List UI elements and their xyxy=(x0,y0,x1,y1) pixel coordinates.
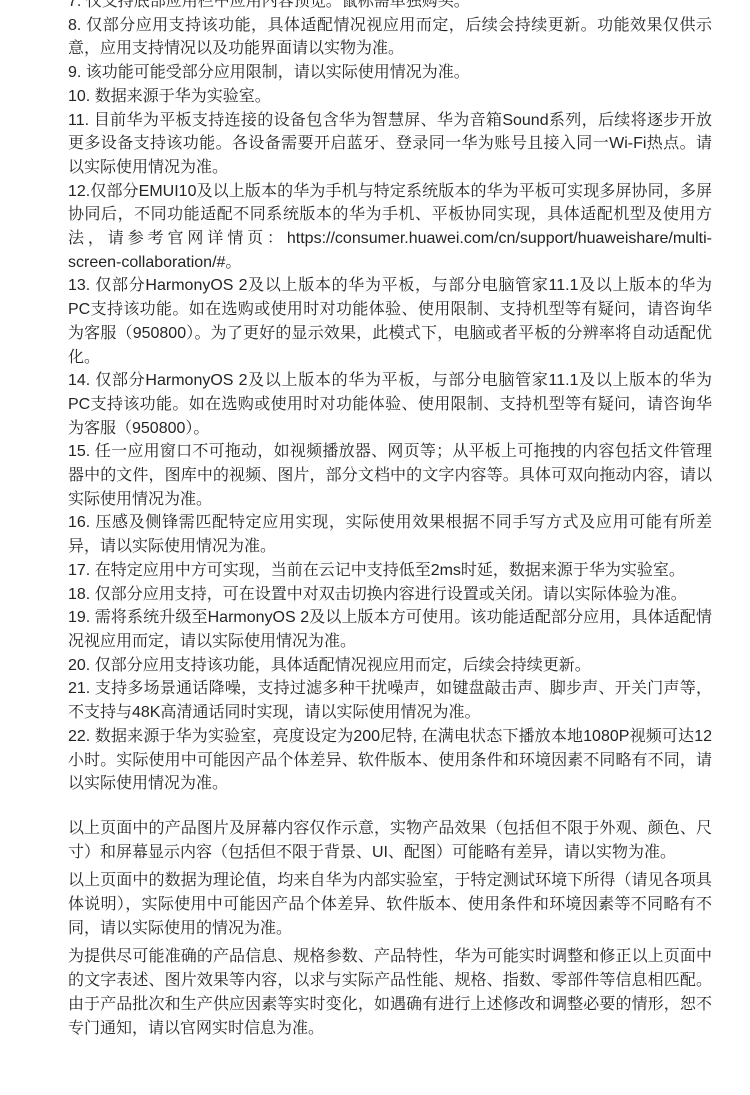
disclaimer-page: 7. 仅支持底部应用栏中应用内容预览。鼠标需单独购买。8. 仅部分应用支持该功能… xyxy=(0,0,750,1040)
footnote-item: 13. 仅部分HarmonyOS 2及以上版本的华为平板，与部分电脑管家11.1… xyxy=(68,274,712,369)
footnote-item: 18. 仅部分应用支持，可在设置中对双击切换内容进行设置或关闭。请以实际体验为准… xyxy=(68,583,712,607)
footnotes-list: 7. 仅支持底部应用栏中应用内容预览。鼠标需单独购买。8. 仅部分应用支持该功能… xyxy=(68,0,712,796)
footnote-item: 22. 数据来源于华为实验室，亮度设定为200尼特, 在满电状态下播放本地108… xyxy=(68,725,712,796)
footnote-item: 19. 需将系统升级至HarmonyOS 2及以上版本方可使用。该功能适配部分应… xyxy=(68,606,712,653)
footnote-item: 8. 仅部分应用支持该功能，具体适配情况视应用而定，后续会持续更新。功能效果仅供… xyxy=(68,14,712,61)
legal-paragraphs: 以上页面中的产品图片及屏幕内容仅作示意，实物产品效果（包括但不限于外观、颜色、尺… xyxy=(68,817,712,1040)
footnote-item: 17. 在特定应用中方可实现，当前在云记中支持低至2ms时延，数据来源于华为实验… xyxy=(68,559,712,583)
legal-paragraph: 以上页面中的产品图片及屏幕内容仅作示意，实物产品效果（包括但不限于外观、颜色、尺… xyxy=(68,817,712,864)
footnote-item: 12.仅部分EMUI10及以上版本的华为手机与特定系统版本的华为平板可实现多屏协… xyxy=(68,180,712,275)
footnote-item: 10. 数据来源于华为实验室。 xyxy=(68,85,712,109)
footnote-item: 9. 该功能可能受部分应用限制，请以实际使用情况为准。 xyxy=(68,61,712,85)
legal-paragraph: 为提供尽可能准确的产品信息、规格参数、产品特性，华为可能实时调整和修正以上页面中… xyxy=(68,945,712,1040)
footnote-item: 7. 仅支持底部应用栏中应用内容预览。鼠标需单独购买。 xyxy=(68,0,712,14)
footnote-item: 11. 目前华为平板支持连接的设备包含华为智慧屏、华为音箱Sound系列，后续将… xyxy=(68,109,712,180)
legal-paragraph: 以上页面中的数据为理论值，均来自华为内部实验室，于特定测试环境下所得（请见各项具… xyxy=(68,869,712,940)
footnote-item: 21. 支持多场景通话降噪，支持过滤多种干扰噪声，如键盘敲击声、脚步声、开关门声… xyxy=(68,677,712,724)
footnote-item: 14. 仅部分HarmonyOS 2及以上版本的华为平板，与部分电脑管家11.1… xyxy=(68,369,712,440)
footnote-item: 16. 压感及侧锋需匹配特定应用实现，实际使用效果根据不同手写方式及应用可能有所… xyxy=(68,511,712,558)
footnote-item: 20. 仅部分应用支持该功能，具体适配情况视应用而定，后续会持续更新。 xyxy=(68,654,712,678)
footnote-item: 15. 任一应用窗口不可拖动，如视频播放器、网页等；从平板上可拖拽的内容包括文件… xyxy=(68,440,712,511)
